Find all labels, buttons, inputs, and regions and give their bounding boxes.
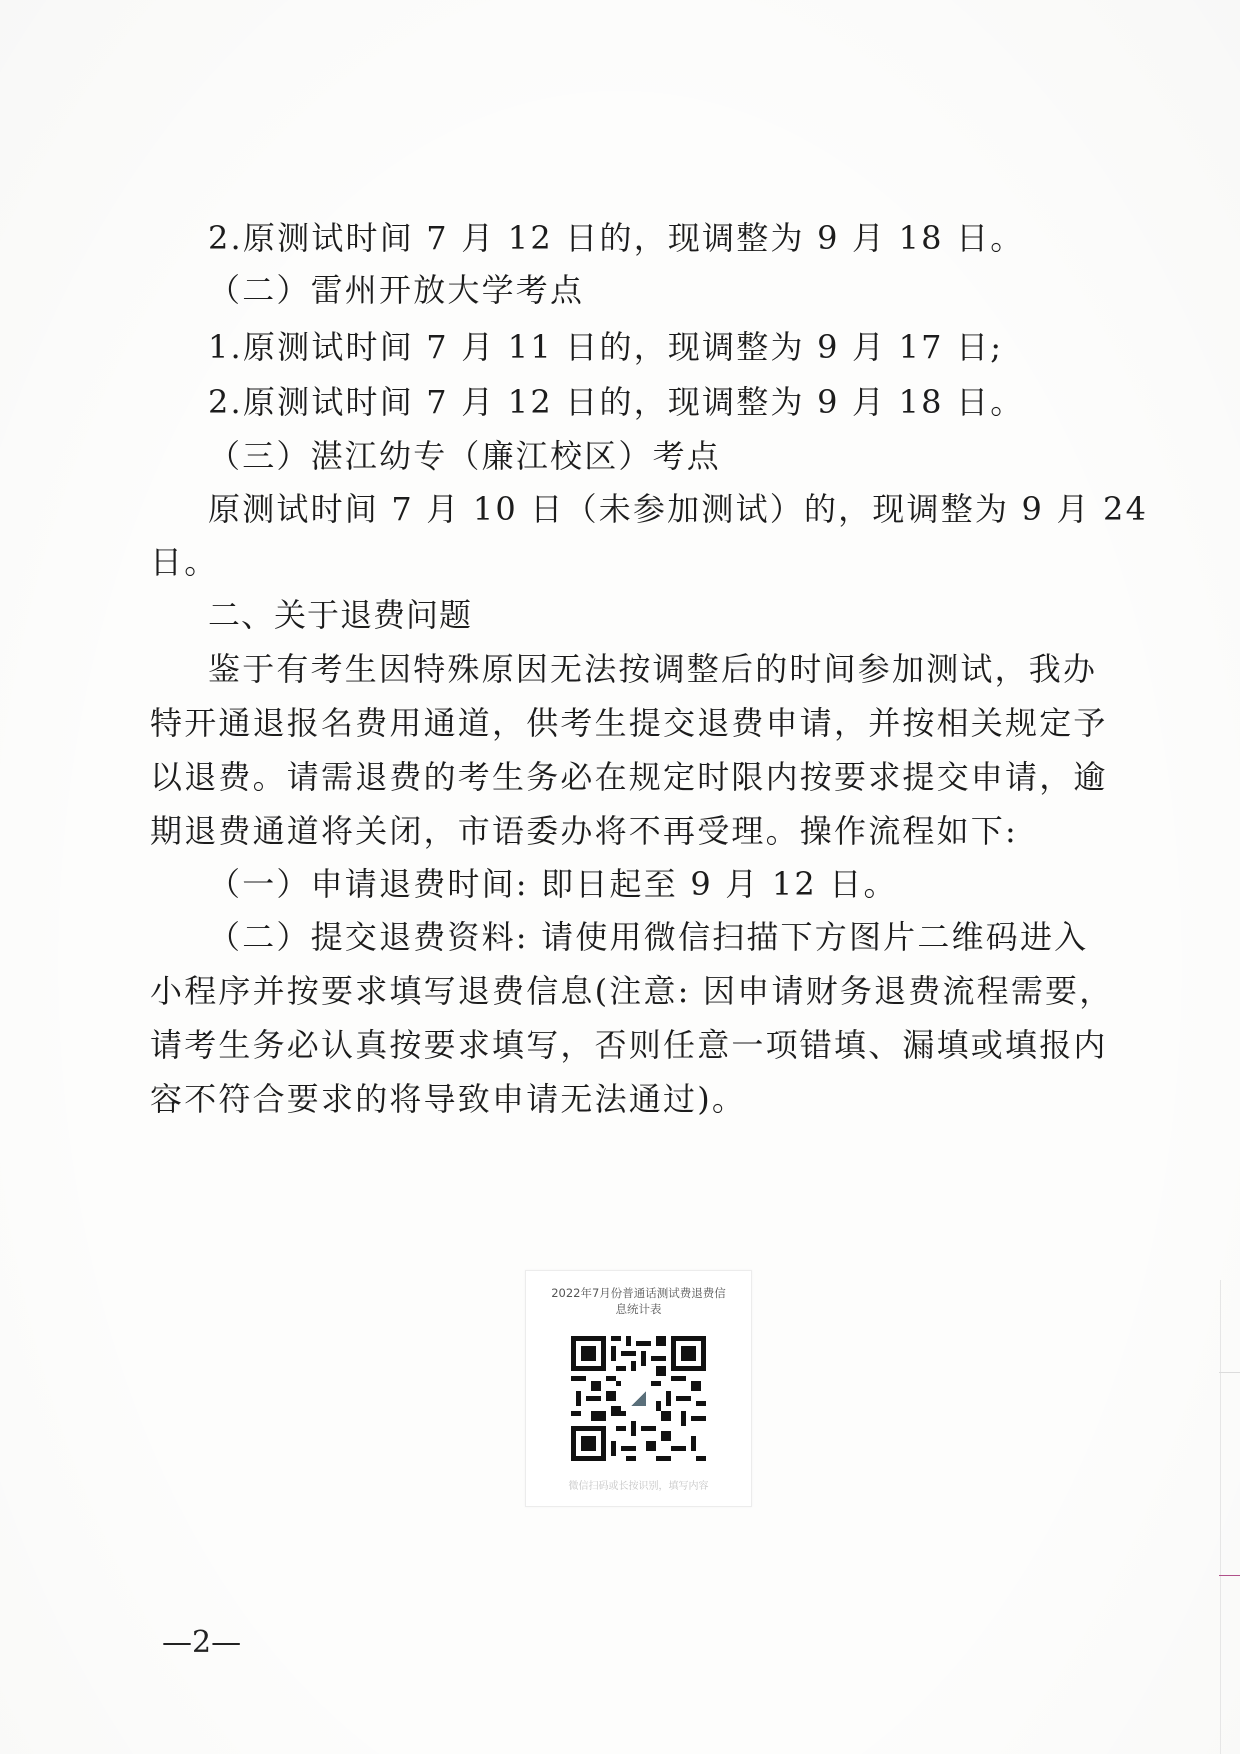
paragraph-line: 容不符合要求的将导致申请无法通过)。 — [150, 1079, 746, 1119]
paragraph-line: 2.原测试时间 7 月 12 日的，现调整为 9 月 18 日。 — [208, 218, 1024, 258]
paragraph-line: 原测试时间 7 月 10 日（未参加测试）的，现调整为 9 月 24 — [208, 489, 1148, 529]
paragraph-line: 小程序并按要求填写退费信息(注意: 因申请财务退费流程需要， — [150, 971, 1113, 1011]
scan-edge-line — [1220, 1280, 1221, 1754]
paragraph-line: 期退费通道将关闭，市语委办将不再受理。操作流程如下: — [150, 811, 1018, 851]
qr-card-title: 2022年7月份普通话测试费退费信息统计表 — [526, 1285, 751, 1317]
paragraph-line: 特开通退报名费用通道，供考生提交退费申请，并按相关规定予 — [150, 703, 1108, 743]
paragraph-line: （一）申请退费时间: 即日起至 9 月 12 日。 — [208, 864, 898, 904]
section-heading: 二、关于退费问题 — [208, 595, 472, 635]
page-number: —2— — [162, 1625, 241, 1661]
paragraph-line: 2.原测试时间 7 月 12 日的，现调整为 9 月 18 日。 — [208, 382, 1024, 422]
scan-edge-mark — [1219, 1372, 1240, 1373]
scan-edge-mark — [1219, 1575, 1240, 1576]
paragraph-line: （二）提交退费资料: 请使用微信扫描下方图片二维码进入 — [208, 917, 1088, 957]
paragraph-line: 1.原测试时间 7 月 11 日的，现调整为 9 月 17 日; — [208, 327, 1003, 367]
qr-code-card: 2022年7月份普通话测试费退费信息统计表 — [525, 1270, 752, 1507]
qr-card-footer: 微信扫码或长按识别，填写内容 — [526, 1477, 751, 1492]
paragraph-line: 鉴于有考生因特殊原因无法按调整后的时间参加测试，我办 — [208, 649, 1097, 689]
subsection-heading: （三）湛江幼专（廉江校区）考点 — [208, 436, 721, 476]
paragraph-line: 请考生务必认真按要求填写，否则任意一项错填、漏填或填报内 — [150, 1025, 1108, 1065]
subsection-heading: （二）雷州开放大学考点 — [208, 270, 584, 310]
qr-code-icon[interactable] — [571, 1336, 706, 1461]
paragraph-line: 日。 — [150, 542, 218, 582]
paragraph-line: 以退费。请需退费的考生务必在规定时限内按要求提交申请，逾 — [150, 757, 1108, 797]
